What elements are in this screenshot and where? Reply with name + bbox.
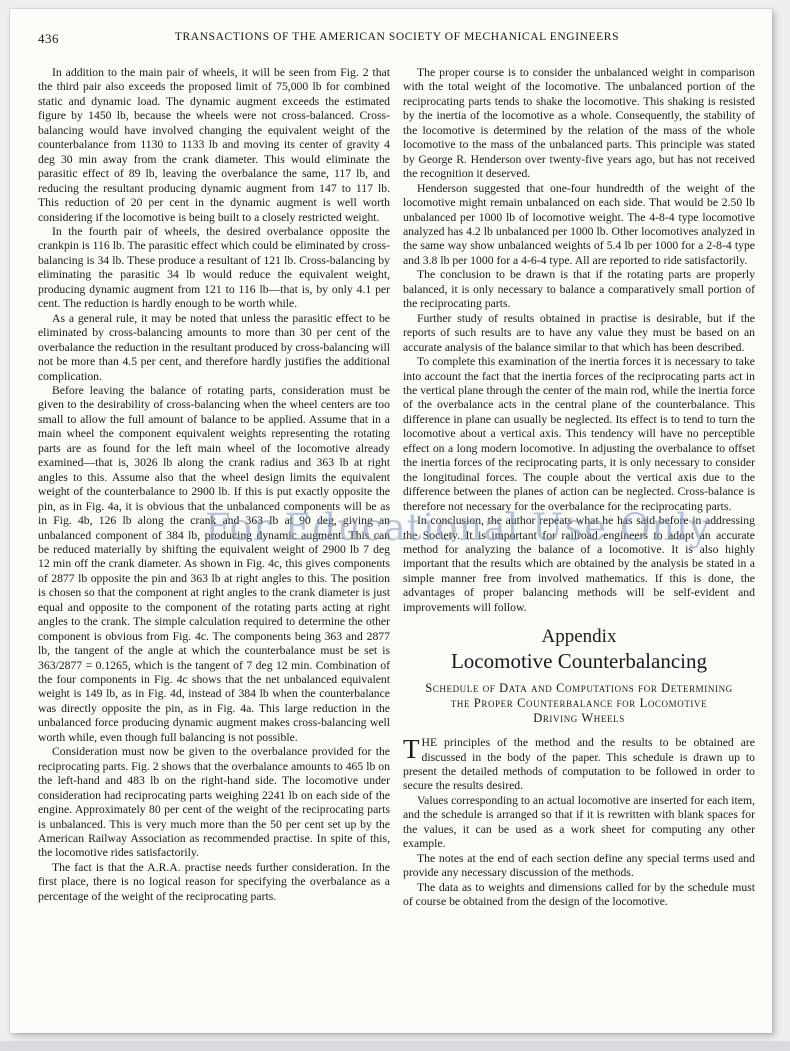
drop-cap-letter: T bbox=[403, 736, 422, 762]
two-column-layout: In addition to the main pair of wheels, … bbox=[38, 66, 756, 910]
left-column: In addition to the main pair of wheels, … bbox=[38, 66, 390, 910]
page-number: 436 bbox=[38, 31, 59, 47]
left-paragraph-6: The fact is that the A.R.A. practise nee… bbox=[38, 861, 390, 904]
left-paragraph-1: In addition to the main pair of wheels, … bbox=[38, 66, 390, 225]
right-paragraph-3: The conclusion to be drawn is that if th… bbox=[403, 268, 755, 311]
appendix-title: Appendix bbox=[403, 630, 755, 644]
journal-header-title: TRANSACTIONS OF THE AMERICAN SOCIETY OF … bbox=[38, 31, 756, 43]
left-paragraph-4: Before leaving the balance of rotating p… bbox=[38, 384, 390, 745]
left-paragraph-3: As a general rule, it may be noted that … bbox=[38, 312, 390, 384]
schedule-heading-line-1: Schedule of Data and Computations for De… bbox=[403, 681, 755, 696]
appendix-paragraph-3: The notes at the end of each section def… bbox=[403, 852, 755, 881]
appendix-subtitle: Locomotive Counterbalancing bbox=[403, 654, 755, 668]
schedule-heading-line-3: Driving Wheels bbox=[403, 711, 755, 726]
appendix-paragraph-2: Values corresponding to an actual locomo… bbox=[403, 794, 755, 852]
watermark-text: For Educational Use Only bbox=[205, 506, 711, 549]
appendix-lead-paragraph: THE principles of the method and the res… bbox=[403, 736, 755, 794]
right-column: The proper course is to consider the unb… bbox=[403, 66, 755, 910]
appendix-paragraph-4: The data as to weights and dimensions ca… bbox=[403, 881, 755, 910]
page-header: 436 TRANSACTIONS OF THE AMERICAN SOCIETY… bbox=[38, 31, 756, 49]
right-paragraph-1: The proper course is to consider the unb… bbox=[403, 66, 755, 182]
left-paragraph-2: In the fourth pair of wheels, the desire… bbox=[38, 225, 390, 312]
schedule-heading-line-2: the Proper Counterbalance for Locomotive bbox=[403, 696, 755, 711]
left-paragraph-5: Consideration must now be given to the o… bbox=[38, 745, 390, 861]
right-paragraph-2: Henderson suggested that one-four hundre… bbox=[403, 182, 755, 269]
page-content: 436 TRANSACTIONS OF THE AMERICAN SOCIETY… bbox=[38, 31, 756, 910]
right-paragraph-4: Further study of results obtained in pra… bbox=[403, 312, 755, 355]
right-paragraph-5: To complete this examination of the iner… bbox=[403, 355, 755, 514]
appendix-lead-text: HE principles of the method and the resu… bbox=[403, 736, 755, 792]
scanner-bottom-strip bbox=[0, 1041, 790, 1051]
schedule-heading: Schedule of Data and Computations for De… bbox=[403, 681, 755, 726]
